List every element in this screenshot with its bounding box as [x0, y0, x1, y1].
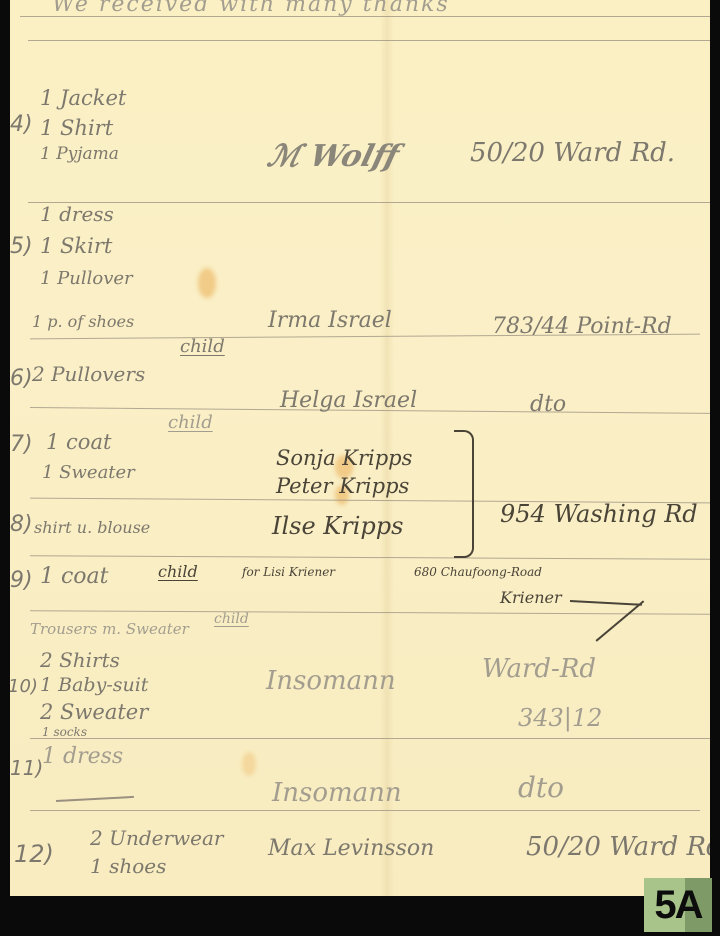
- recipient-signature: ℳ Wolff: [264, 142, 401, 172]
- document-page: We received with many thanks 4) 5) 6) 7)…: [10, 0, 710, 896]
- pen-stroke: [56, 796, 134, 802]
- entry-number: 9): [10, 568, 33, 593]
- item-line: 1 dress: [40, 204, 114, 224]
- ruled-line: [30, 555, 710, 560]
- item-line: 1 Skirt: [40, 236, 112, 257]
- recipient-name: Ilse Kripps: [272, 514, 403, 538]
- address: 50/20 Ward Rd.: [470, 140, 675, 166]
- signature-stroke: [570, 600, 642, 605]
- stain: [198, 268, 216, 298]
- item-line: 1 p. of shoes: [32, 314, 134, 330]
- item-line: 1 Jacket: [40, 88, 126, 109]
- recipient-name: Peter Kripps: [276, 476, 409, 497]
- item-line: 2 Shirts: [40, 650, 120, 670]
- entry-number: 11): [10, 756, 43, 780]
- stain: [242, 752, 256, 776]
- item-line: 1 Pyjama: [40, 146, 119, 163]
- child-note: child: [158, 564, 198, 580]
- item-line: 2 Underwear: [90, 828, 223, 848]
- address-ditto: dto: [530, 394, 566, 416]
- address: 954 Washing Rd: [500, 502, 698, 526]
- entry-number: 7): [10, 432, 33, 457]
- item-line: 1 coat: [46, 432, 111, 453]
- signature-stroke: [596, 600, 644, 641]
- entry-number: 4): [10, 112, 33, 137]
- ruled-line: [30, 738, 710, 739]
- recipient-name: Irma Israel: [268, 310, 392, 332]
- entry-number: 6): [10, 366, 33, 391]
- ruled-line: [30, 810, 700, 811]
- item-line: 1 Shirt: [40, 118, 113, 139]
- address: 343|12: [518, 706, 602, 730]
- recipient-name: Max Levinsson: [268, 838, 434, 860]
- recipient-name: Helga Israel: [280, 390, 417, 412]
- entry-number: 12): [14, 840, 54, 868]
- child-note: child: [168, 414, 213, 432]
- address: 50/20 Ward Rd: [526, 834, 710, 860]
- recipient-name: Sonja Kripps: [276, 448, 412, 469]
- ruled-line: [28, 40, 710, 41]
- item-line: 2 Pullovers: [32, 364, 145, 384]
- entry-number: 5): [10, 234, 33, 259]
- item-line: 1 shoes: [90, 856, 166, 876]
- recipient-name: Insomann: [266, 668, 396, 694]
- item-line: 1 Sweater: [42, 464, 135, 482]
- ruled-line: [30, 610, 710, 615]
- item-line: shirt u. blouse: [34, 520, 150, 536]
- recipient-signature: Kriener: [500, 590, 562, 606]
- address: 680 Chaufoong-Road: [414, 566, 542, 578]
- child-note: child: [180, 338, 225, 356]
- recipient-note: for Lisi Kriener: [242, 566, 335, 578]
- entry-number: 8): [10, 512, 33, 537]
- address-ditto: dto: [518, 774, 564, 802]
- address: Ward-Rd: [482, 656, 596, 682]
- document-heading: We received with many thanks: [52, 0, 450, 16]
- item-line: 1 dress: [42, 746, 123, 768]
- ruled-line: [20, 16, 710, 17]
- item-line: 1 Pullover: [40, 270, 133, 288]
- item-line: 1 coat: [40, 566, 109, 588]
- grouping-brace: [454, 430, 474, 558]
- item-line: 1 Baby-suit: [40, 676, 148, 695]
- child-note: child: [214, 612, 249, 626]
- ruled-line: [28, 202, 710, 203]
- address: 783/44 Point-Rd: [492, 316, 672, 338]
- item-line: Trousers m. Sweater: [30, 622, 189, 637]
- recipient-name: Insomann: [272, 780, 402, 806]
- page-label-badge: 5A: [644, 878, 712, 932]
- entry-number: 10): [10, 676, 38, 697]
- item-line: 2 Sweater: [40, 702, 148, 723]
- item-line: 1 socks: [42, 726, 87, 738]
